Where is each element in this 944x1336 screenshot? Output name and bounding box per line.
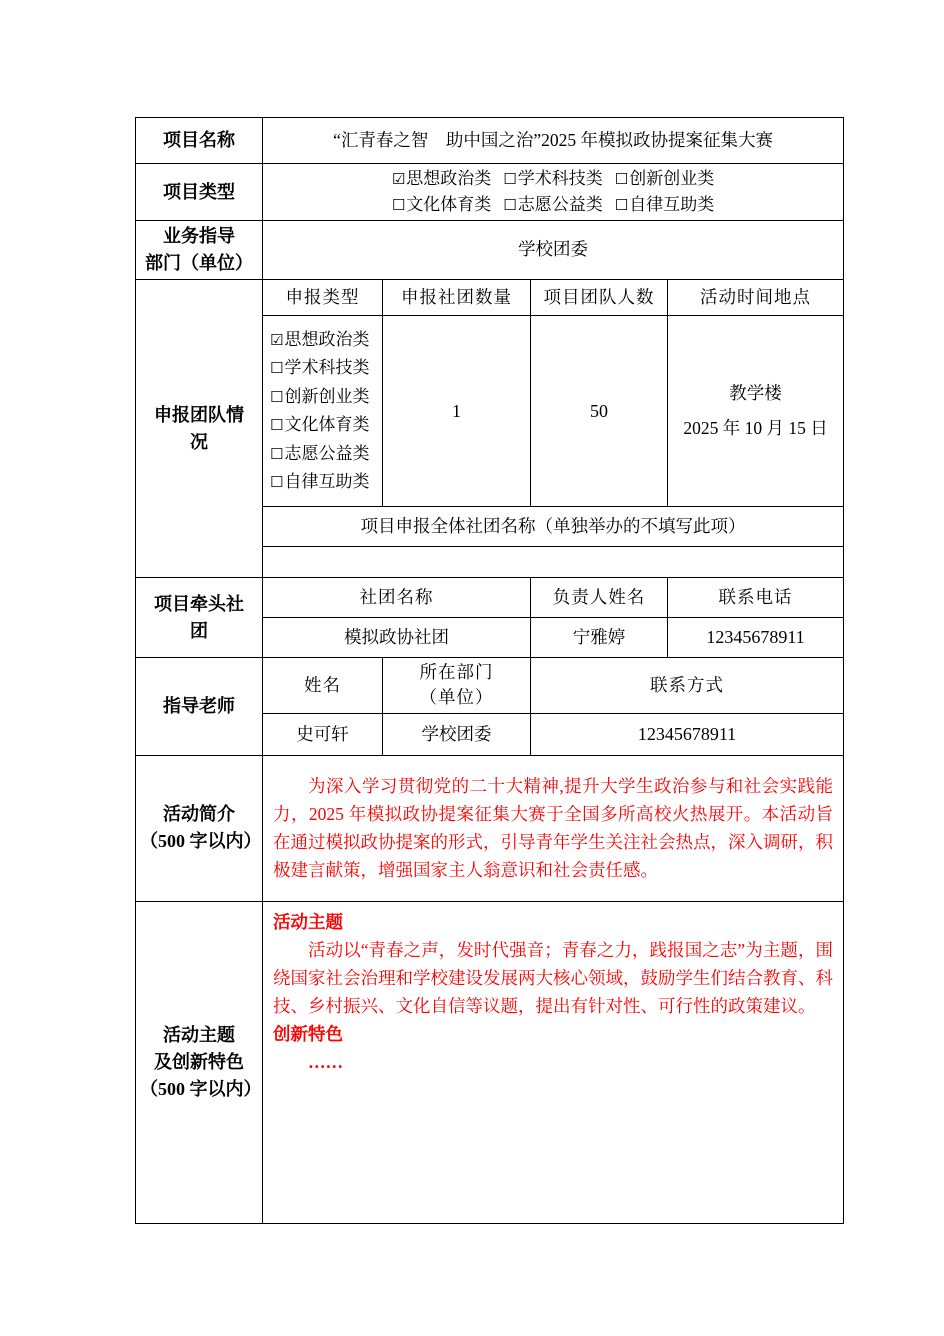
checkbox-option-label: 志愿公益类 <box>518 195 603 214</box>
theme-ellipsis: …… <box>273 1048 833 1076</box>
lead-club-name-value[interactable]: 模拟政协社团 <box>263 618 531 658</box>
advisor-header-dept: 所在部门 （单位） <box>383 658 531 714</box>
lead-club-phone-value[interactable]: 12345678911 <box>668 618 844 658</box>
declare-type-options-cell: ☑思想政治类☐学术科技类☐创新创业类☐文化体育类☐志愿公益类☐自律互助类 <box>263 316 383 507</box>
checkbox-option[interactable]: ☐自律互助类 <box>270 468 378 497</box>
lead-club-header-phone: 联系电话 <box>668 578 844 618</box>
checkbox-option-label: 思想政治类 <box>284 330 369 349</box>
project-type-options-row1: ☑思想政治类☐学术科技类☐创新创业类 <box>269 166 837 192</box>
row-project-name: 项目名称 “汇青春之智 助中国之治”2025 年模拟政协提案征集大赛 <box>136 118 844 164</box>
lead-club-leader-value[interactable]: 宁雅婷 <box>531 618 668 658</box>
team-size-value[interactable]: 50 <box>531 316 668 507</box>
theme-content-cell[interactable]: 活动主题 活动以“青春之声，发时代强音；青春之力，践报国之志”为主题，围绕国家社… <box>263 901 844 1223</box>
advisor-label: 指导老师 <box>136 658 263 756</box>
row-theme: 活动主题 及创新特色 （500 字以内） 活动主题 活动以“青春之声，发时代强音… <box>136 901 844 1223</box>
row-lead-club-headers: 项目牵头社 团 社团名称 负责人姓名 联系电话 <box>136 578 844 618</box>
theme-paragraph-1: 活动以“青春之声，发时代强音；青春之力，践报国之志”为主题，围绕国家社会治理和学… <box>273 936 833 1020</box>
checkbox-option-label: 自律互助类 <box>629 195 714 214</box>
all-clubs-value[interactable] <box>263 547 844 578</box>
row-intro: 活动简介 （500 字以内） 为深入学习贯彻党的二十大精神,提升大学生政治参与和… <box>136 755 844 901</box>
lead-club-label: 项目牵头社 团 <box>136 578 263 658</box>
checkbox-unchecked-icon: ☐ <box>503 170 516 188</box>
checkbox-unchecked-icon: ☐ <box>270 416 283 434</box>
intro-content-cell[interactable]: 为深入学习贯彻党的二十大精神,提升大学生政治参与和社会实践能力，2025 年模拟… <box>263 755 844 901</box>
all-clubs-caption: 项目申报全体社团名称（单独举办的不填写此项） <box>263 507 844 547</box>
row-advisor-headers: 指导老师 姓名 所在部门 （单位） 联系方式 <box>136 658 844 714</box>
lead-club-header-leader: 负责人姓名 <box>531 578 668 618</box>
checkbox-unchecked-icon: ☐ <box>615 170 628 188</box>
checkbox-option[interactable]: ☐学术科技类 <box>503 166 602 192</box>
team-header-club-count: 申报社团数量 <box>383 280 531 316</box>
theme-heading-2: 创新特色 <box>273 1020 833 1048</box>
intro-paragraph: 为深入学习贯彻党的二十大精神,提升大学生政治参与和社会实践能力，2025 年模拟… <box>273 772 833 884</box>
lead-club-header-name: 社团名称 <box>263 578 531 618</box>
checkbox-option[interactable]: ☐创新创业类 <box>270 383 378 412</box>
checkbox-unchecked-icon: ☐ <box>615 196 628 214</box>
project-name-value[interactable]: “汇青春之智 助中国之治”2025 年模拟政协提案征集大赛 <box>263 118 844 164</box>
team-section-label: 申报团队情 况 <box>136 280 263 578</box>
checkbox-option[interactable]: ☐志愿公益类 <box>503 192 602 218</box>
theme-label: 活动主题 及创新特色 （500 字以内） <box>136 901 263 1223</box>
advisor-header-contact: 联系方式 <box>531 658 844 714</box>
project-type-options-row2: ☐文化体育类☐志愿公益类☐自律互助类 <box>269 192 837 218</box>
checkbox-checked-icon: ☑ <box>270 331 283 349</box>
checkbox-option[interactable]: ☑思想政治类 <box>270 326 378 355</box>
checkbox-option[interactable]: ☑思想政治类 <box>392 166 491 192</box>
checkbox-option[interactable]: ☐志愿公益类 <box>270 440 378 469</box>
checkbox-option-label: 志愿公益类 <box>284 444 369 463</box>
checkbox-option-label: 学术科技类 <box>284 358 369 377</box>
theme-heading-1: 活动主题 <box>273 908 833 936</box>
checkbox-unchecked-icon: ☐ <box>392 196 405 214</box>
advisor-dept-value[interactable]: 学校团委 <box>383 713 531 755</box>
checkbox-option[interactable]: ☐学术科技类 <box>270 354 378 383</box>
checkbox-checked-icon: ☑ <box>392 170 405 188</box>
checkbox-option-label: 创新创业类 <box>629 169 714 188</box>
checkbox-unchecked-icon: ☐ <box>270 473 283 491</box>
team-header-time-place: 活动时间地点 <box>668 280 844 316</box>
checkbox-unchecked-icon: ☐ <box>270 388 283 406</box>
time-place-value[interactable]: 教学楼 2025 年 10 月 15 日 <box>668 316 844 507</box>
guide-dept-value[interactable]: 学校团委 <box>263 221 844 280</box>
advisor-header-name: 姓名 <box>263 658 383 714</box>
checkbox-option-label: 学术科技类 <box>518 169 603 188</box>
advisor-name-value[interactable]: 史可轩 <box>263 713 383 755</box>
checkbox-unchecked-icon: ☐ <box>270 445 283 463</box>
checkbox-option-label: 创新创业类 <box>284 387 369 406</box>
checkbox-option-label: 文化体育类 <box>406 195 491 214</box>
team-header-declare-type: 申报类型 <box>263 280 383 316</box>
checkbox-unchecked-icon: ☐ <box>503 196 516 214</box>
intro-label: 活动简介 （500 字以内） <box>136 755 263 901</box>
checkbox-option-label: 思想政治类 <box>406 169 491 188</box>
row-guide-dept: 业务指导 部门（单位） 学校团委 <box>136 221 844 280</box>
project-name-label: 项目名称 <box>136 118 263 164</box>
advisor-contact-value[interactable]: 12345678911 <box>531 713 844 755</box>
row-team-headers: 申报团队情 况 申报类型 申报社团数量 项目团队人数 活动时间地点 <box>136 280 844 316</box>
row-project-type: 项目类型 ☑思想政治类☐学术科技类☐创新创业类 ☐文化体育类☐志愿公益类☐自律互… <box>136 164 844 221</box>
checkbox-option[interactable]: ☐创新创业类 <box>615 166 714 192</box>
checkbox-option[interactable]: ☐文化体育类 <box>392 192 491 218</box>
checkbox-unchecked-icon: ☐ <box>270 359 283 377</box>
project-type-label: 项目类型 <box>136 164 263 221</box>
checkbox-option-label: 文化体育类 <box>284 415 369 434</box>
guide-dept-label: 业务指导 部门（单位） <box>136 221 263 280</box>
club-count-value[interactable]: 1 <box>383 316 531 507</box>
team-header-team-size: 项目团队人数 <box>531 280 668 316</box>
document-page: 项目名称 “汇青春之智 助中国之治”2025 年模拟政协提案征集大赛 项目类型 … <box>0 0 944 1336</box>
checkbox-option[interactable]: ☐自律互助类 <box>615 192 714 218</box>
checkbox-option[interactable]: ☐文化体育类 <box>270 411 378 440</box>
project-type-options-cell: ☑思想政治类☐学术科技类☐创新创业类 ☐文化体育类☐志愿公益类☐自律互助类 <box>263 164 844 221</box>
application-form-table: 项目名称 “汇青春之智 助中国之治”2025 年模拟政协提案征集大赛 项目类型 … <box>135 117 844 1224</box>
checkbox-option-label: 自律互助类 <box>284 472 369 491</box>
